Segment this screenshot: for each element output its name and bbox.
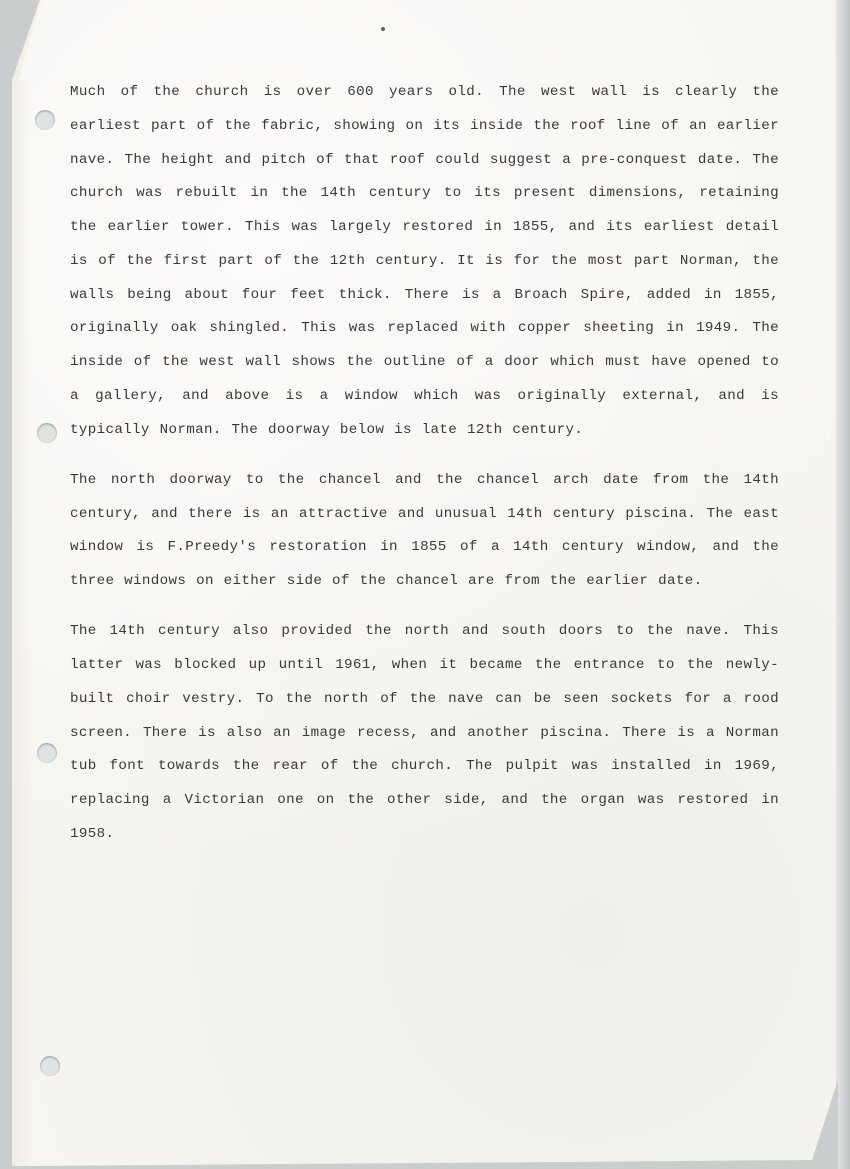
- paper-edge-shadow: [12, 80, 32, 1166]
- punch-hole-bottom: [40, 1056, 60, 1076]
- punch-hole-upper-middle: [37, 423, 57, 443]
- scanner-background: [838, 0, 850, 1169]
- paragraph-chancel: The north doorway to the chancel and the…: [70, 464, 779, 599]
- paragraph-history: Much of the church is over 600 years old…: [70, 76, 779, 447]
- punch-hole-lower-middle: [37, 743, 57, 763]
- paragraph-nave: The 14th century also provided the north…: [70, 615, 779, 851]
- punch-hole-top: [35, 110, 55, 130]
- ink-speck: [381, 27, 385, 31]
- document-body: Much of the church is over 600 years old…: [70, 76, 779, 868]
